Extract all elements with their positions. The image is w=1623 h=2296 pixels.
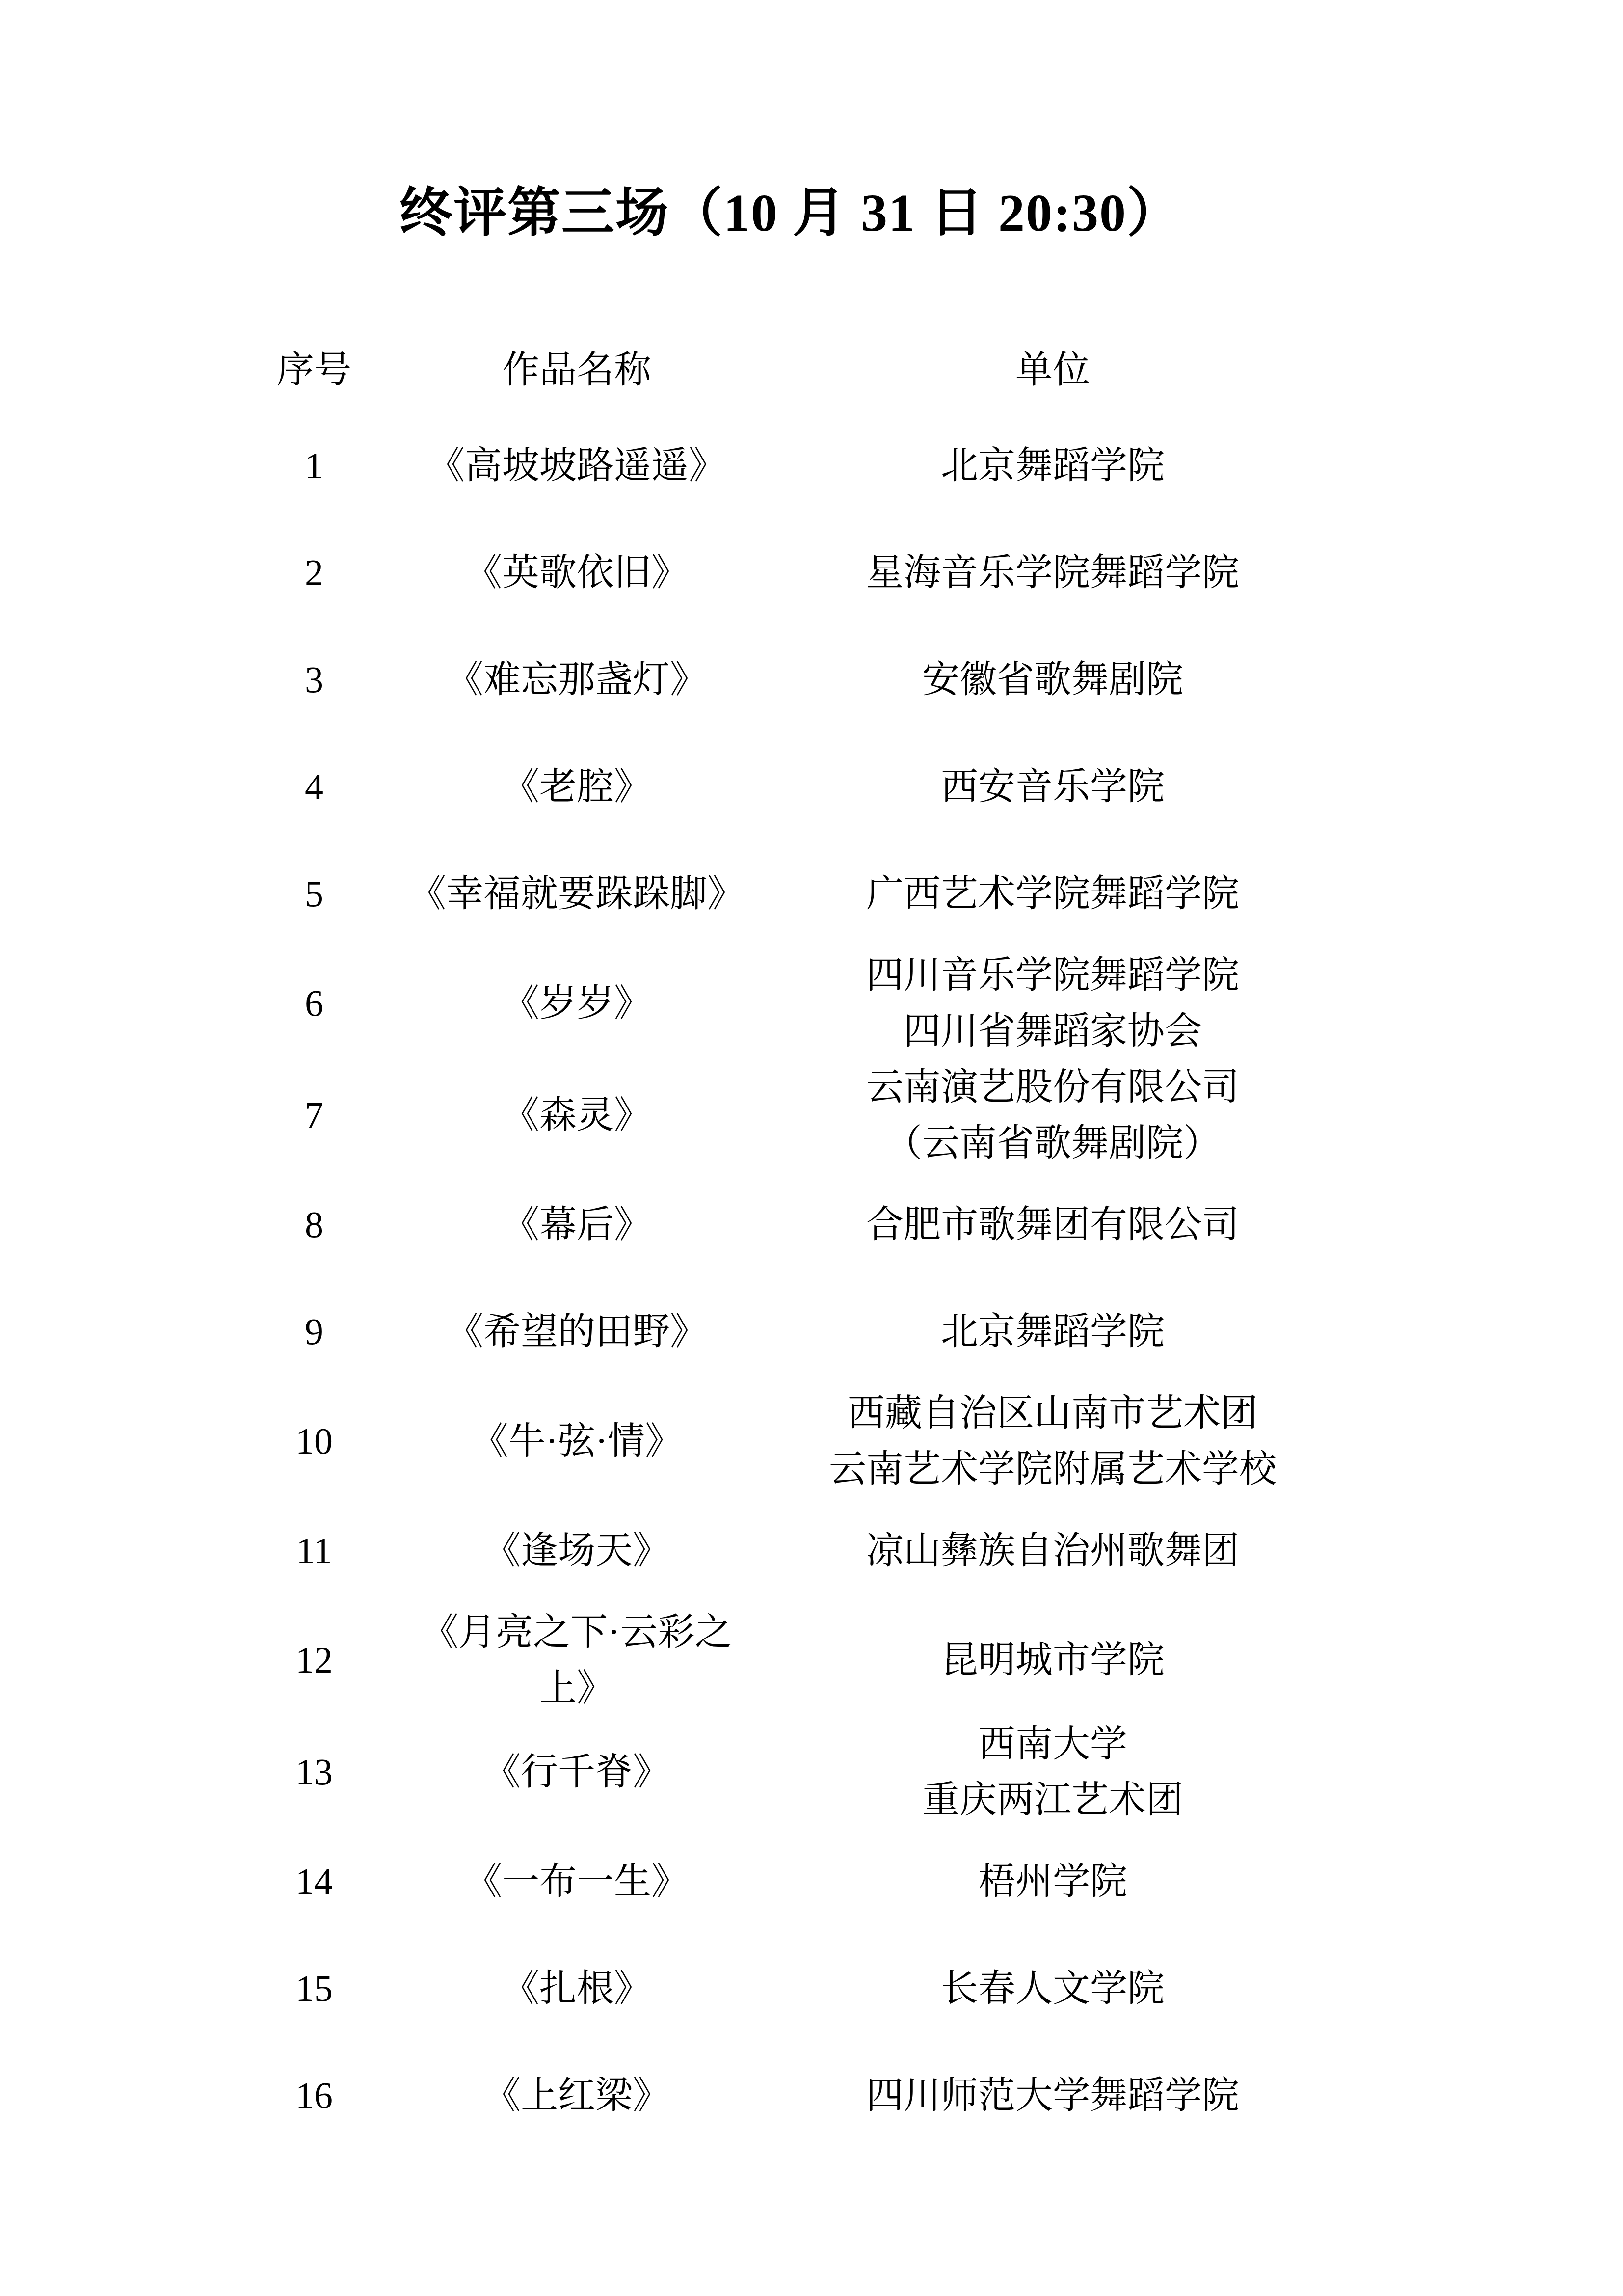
unit-cell: 广西艺术学院舞蹈学院: [751, 840, 1355, 947]
unit-line: 合肥市歌舞团有限公司: [751, 1197, 1355, 1253]
unit-line: 星海音乐学院舞蹈学院: [751, 545, 1355, 601]
row-number-cell: 11: [226, 1497, 402, 1604]
work-title-cell: 《牛·弦·情》: [402, 1385, 751, 1497]
unit-cell: 云南演艺股份有限公司（云南省歌舞剧院）: [751, 1059, 1355, 1171]
work-title-cell: 《扎根》: [402, 1935, 751, 2042]
table-row: 6 《岁岁》 四川音乐学院舞蹈学院四川省舞蹈家协会: [226, 947, 1355, 1059]
unit-cell: 西安音乐学院: [751, 733, 1355, 840]
unit-line: 梧州学院: [751, 1854, 1355, 1910]
row-number-cell: 9: [226, 1278, 402, 1385]
work-title-cell: 《上红梁》: [402, 2042, 751, 2149]
table-header-row: 序号 作品名称 单位: [226, 328, 1355, 412]
table-row: 11 《逢场天》 凉山彝族自治州歌舞团: [226, 1497, 1355, 1604]
unit-line: 广西艺术学院舞蹈学院: [751, 866, 1355, 922]
unit-cell: 长春人文学院: [751, 1935, 1355, 2042]
unit-cell: 北京舞蹈学院: [751, 412, 1355, 519]
work-title-cell: 《高坡坡路遥遥》: [402, 412, 751, 519]
unit-cell: 合肥市歌舞团有限公司: [751, 1171, 1355, 1278]
unit-cell: 西南大学重庆两江艺术团: [751, 1716, 1355, 1828]
unit-line: 安徽省歌舞剧院: [751, 652, 1355, 708]
table-row: 7 《森灵》 云南演艺股份有限公司（云南省歌舞剧院）: [226, 1059, 1355, 1171]
row-number-cell: 16: [226, 2042, 402, 2149]
unit-line: 西藏自治区山南市艺术团: [751, 1385, 1355, 1441]
row-number-cell: 5: [226, 840, 402, 947]
row-number-cell: 14: [226, 1828, 402, 1935]
table-row: 1 《高坡坡路遥遥》 北京舞蹈学院: [226, 412, 1355, 519]
row-number-cell: 3: [226, 626, 402, 733]
work-title-cell: 《逢场天》: [402, 1497, 751, 1604]
unit-line: （云南省歌舞剧院）: [751, 1115, 1355, 1171]
table-row: 13 《行千脊》 西南大学重庆两江艺术团: [226, 1716, 1355, 1828]
table-row: 10 《牛·弦·情》 西藏自治区山南市艺术团云南艺术学院附属艺术学校: [226, 1385, 1355, 1497]
unit-cell: 西藏自治区山南市艺术团云南艺术学院附属艺术学校: [751, 1385, 1355, 1497]
unit-cell: 北京舞蹈学院: [751, 1278, 1355, 1385]
work-title-cell: 《岁岁》: [402, 947, 751, 1059]
page-title: 终评第三场（10 月 31 日 20:30）: [226, 177, 1355, 250]
table-row: 8 《幕后》 合肥市歌舞团有限公司: [226, 1171, 1355, 1278]
table-row: 2 《英歌依旧》 星海音乐学院舞蹈学院: [226, 519, 1355, 626]
unit-line: 昆明城市学院: [751, 1632, 1355, 1688]
table-body: 1 《高坡坡路遥遥》 北京舞蹈学院 2 《英歌依旧》 星海音乐学院舞蹈学院 3 …: [226, 412, 1355, 2149]
unit-cell: 四川师范大学舞蹈学院: [751, 2042, 1355, 2149]
unit-line: 四川师范大学舞蹈学院: [751, 2068, 1355, 2124]
row-number-cell: 10: [226, 1385, 402, 1497]
work-title-cell: 《行千脊》: [402, 1716, 751, 1828]
table-row: 12 《月亮之下·云彩之上》 昆明城市学院: [226, 1604, 1355, 1716]
unit-line: 凉山彝族自治州歌舞团: [751, 1523, 1355, 1579]
header-work-title: 作品名称: [402, 328, 751, 412]
work-title-cell: 《英歌依旧》: [402, 519, 751, 626]
unit-line: 四川音乐学院舞蹈学院: [751, 947, 1355, 1003]
table-row: 5 《幸福就要跺跺脚》 广西艺术学院舞蹈学院: [226, 840, 1355, 947]
table-row: 9 《希望的田野》 北京舞蹈学院: [226, 1278, 1355, 1385]
row-number-cell: 8: [226, 1171, 402, 1278]
table-row: 4 《老腔》 西安音乐学院: [226, 733, 1355, 840]
header-unit: 单位: [751, 328, 1355, 412]
unit-line: 云南艺术学院附属艺术学校: [751, 1441, 1355, 1497]
work-title-cell: 《希望的田野》: [402, 1278, 751, 1385]
row-number-cell: 7: [226, 1059, 402, 1171]
unit-line: 西安音乐学院: [751, 759, 1355, 815]
unit-cell: 凉山彝族自治州歌舞团: [751, 1497, 1355, 1604]
table-row: 3 《难忘那盏灯》 安徽省歌舞剧院: [226, 626, 1355, 733]
row-number-cell: 15: [226, 1935, 402, 2042]
work-title-cell: 《幕后》: [402, 1171, 751, 1278]
row-number-cell: 2: [226, 519, 402, 626]
table-row: 14 《一布一生》 梧州学院: [226, 1828, 1355, 1935]
unit-cell: 梧州学院: [751, 1828, 1355, 1935]
unit-line: 长春人文学院: [751, 1961, 1355, 2017]
unit-line: 北京舞蹈学院: [751, 438, 1355, 494]
unit-cell: 安徽省歌舞剧院: [751, 626, 1355, 733]
work-title-cell: 《月亮之下·云彩之上》: [402, 1604, 751, 1716]
header-no: 序号: [226, 328, 402, 412]
schedule-table: 序号 作品名称 单位 1 《高坡坡路遥遥》 北京舞蹈学院 2 《英歌依旧》 星海…: [226, 328, 1355, 2149]
unit-line: 四川省舞蹈家协会: [751, 1003, 1355, 1059]
document-page: 终评第三场（10 月 31 日 20:30） 序号 作品名称 单位 1 《高坡坡…: [0, 0, 1623, 2296]
work-title-cell: 《难忘那盏灯》: [402, 626, 751, 733]
unit-line: 云南演艺股份有限公司: [751, 1059, 1355, 1115]
row-number-cell: 12: [226, 1604, 402, 1716]
unit-cell: 四川音乐学院舞蹈学院四川省舞蹈家协会: [751, 947, 1355, 1059]
row-number-cell: 4: [226, 733, 402, 840]
unit-line: 北京舞蹈学院: [751, 1304, 1355, 1360]
row-number-cell: 6: [226, 947, 402, 1059]
work-title-cell: 《幸福就要跺跺脚》: [402, 840, 751, 947]
work-title-cell: 《老腔》: [402, 733, 751, 840]
table-row: 16 《上红梁》 四川师范大学舞蹈学院: [226, 2042, 1355, 2149]
row-number-cell: 1: [226, 412, 402, 519]
unit-cell: 昆明城市学院: [751, 1604, 1355, 1716]
unit-line: 西南大学: [751, 1716, 1355, 1772]
unit-cell: 星海音乐学院舞蹈学院: [751, 519, 1355, 626]
row-number-cell: 13: [226, 1716, 402, 1828]
table-row: 15 《扎根》 长春人文学院: [226, 1935, 1355, 2042]
unit-line: 重庆两江艺术团: [751, 1772, 1355, 1828]
work-title-cell: 《一布一生》: [402, 1828, 751, 1935]
work-title-cell: 《森灵》: [402, 1059, 751, 1171]
